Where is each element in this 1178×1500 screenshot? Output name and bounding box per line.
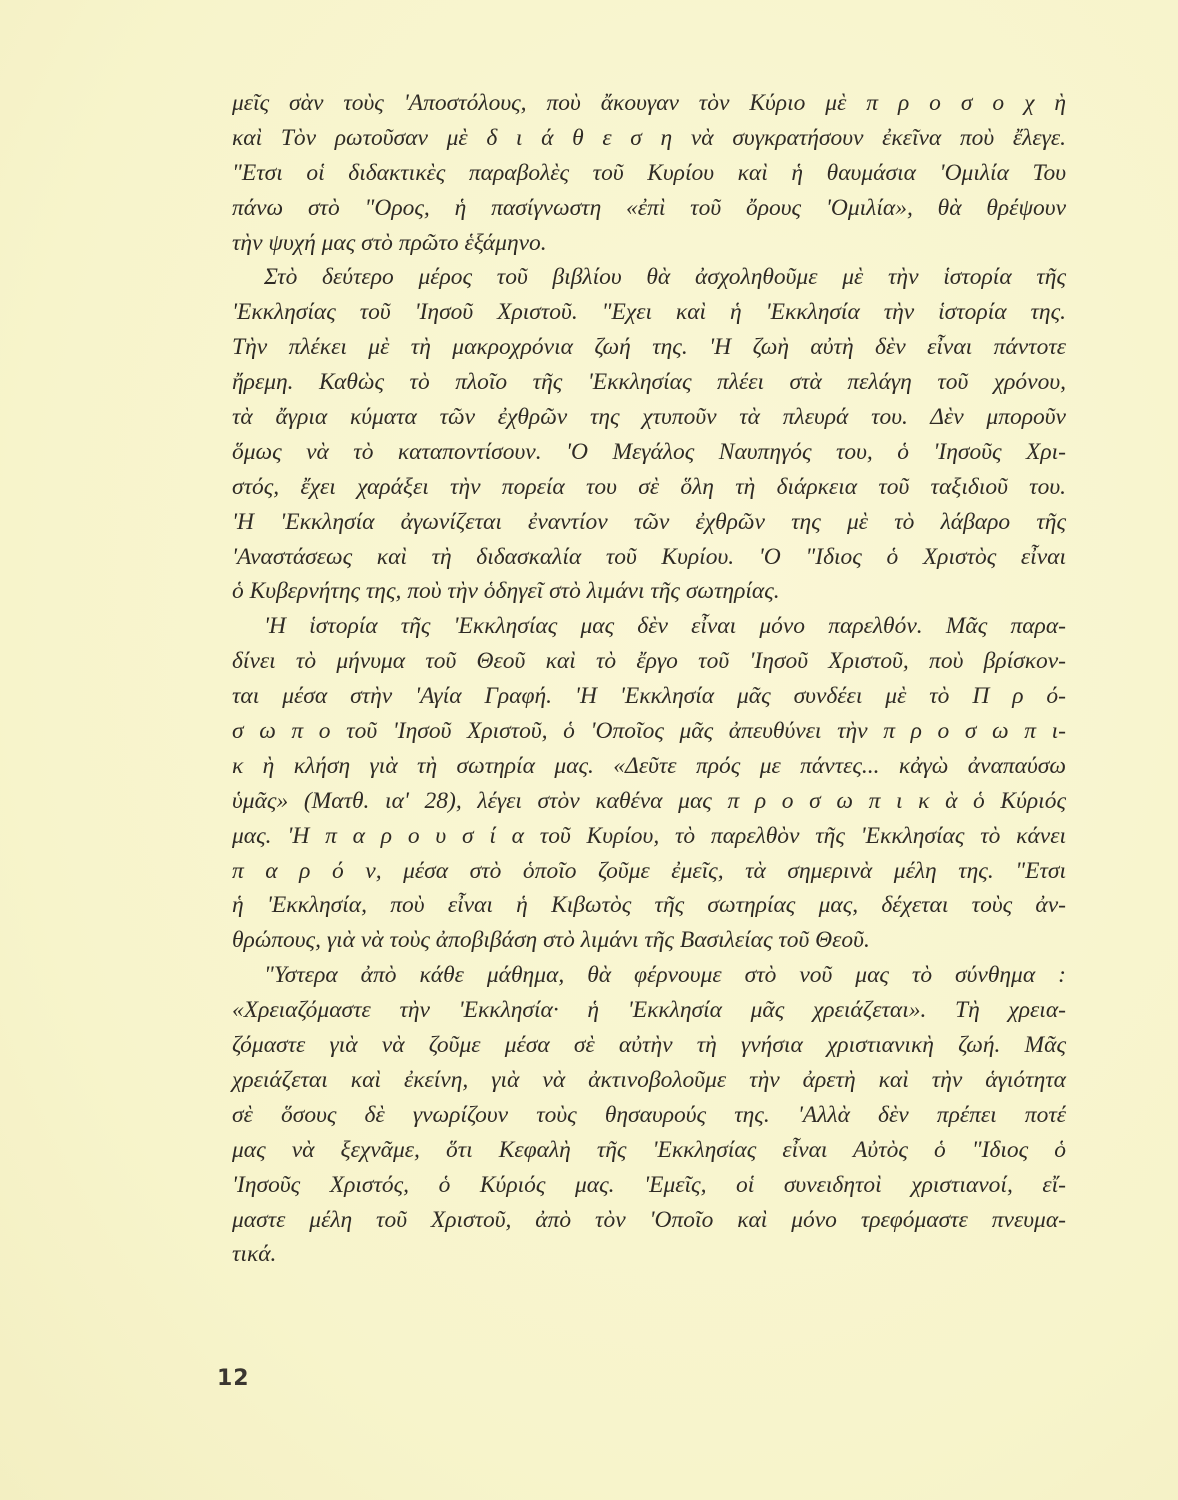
text-line: καὶ Τὸν ρωτοῦσαν μὲ δ ι ά θ ε σ η νὰ συγ… — [232, 121, 1066, 156]
text-line: 'Η ἱστορία τῆς 'Εκκλησίας μας δὲν εἶναι … — [232, 609, 1066, 644]
text-line: τὰ ἄγρια κύματα τῶν ἐχθρῶν της χτυποῦν τ… — [232, 400, 1066, 435]
text-line: ζόμαστε γιὰ νὰ ζοῦμε μέσα σὲ αὐτὴν τὴ γν… — [232, 1028, 1066, 1063]
text-line: πάνω στὸ "Ορος, ἡ πασίγνωστη «ἐπὶ τοῦ ὄρ… — [232, 191, 1066, 226]
text-line: «Χρειαζόμαστε τὴν 'Εκκλησία· ἡ 'Εκκλησία… — [232, 993, 1066, 1028]
text-line: "Ετσι οἱ διδακτικὲς παραβολὲς τοῦ Κυρίου… — [232, 156, 1066, 191]
text-line: ὑμᾶς» (Ματθ. ια' 28), λέγει στὸν καθένα … — [232, 784, 1066, 819]
book-page: μεῖς σὰν τοὺς 'Αποστόλους, ποὺ ἄκουγαν τ… — [0, 0, 1178, 1500]
paragraph: Στὸ δεύτερο μέρος τοῦ βιβλίου θὰ ἀσχοληθ… — [232, 260, 1066, 609]
text-line: θρώπους, γιὰ νὰ τοὺς ἀποβιβάση στὸ λιμάν… — [232, 923, 1066, 958]
text-line: μαστε μέλη τοῦ Χριστοῦ, ἀπὸ τὸν 'Οποῖο κ… — [232, 1203, 1066, 1238]
text-line: ἤρεμη. Καθὼς τὸ πλοῖο τῆς 'Εκκλησίας πλέ… — [232, 365, 1066, 400]
text-line: 'Ιησοῦς Χριστός, ὁ Κύριός μας. 'Εμεῖς, ο… — [232, 1168, 1066, 1203]
body-text: μεῖς σὰν τοὺς 'Αποστόλους, ποὺ ἄκουγαν τ… — [232, 86, 1066, 1272]
text-line: μας νὰ ξεχνᾶμε, ὅτι Κεφαλὴ τῆς 'Εκκλησία… — [232, 1133, 1066, 1168]
text-line: "Υστερα ἀπὸ κάθε μάθημα, θὰ φέρνουμε στὸ… — [232, 958, 1066, 993]
paragraph: 'Η ἱστορία τῆς 'Εκκλησίας μας δὲν εἶναι … — [232, 609, 1066, 958]
paragraph: μεῖς σὰν τοὺς 'Αποστόλους, ποὺ ἄκουγαν τ… — [232, 86, 1066, 260]
text-line: σὲ ὅσους δὲ γνωρίζουν τοὺς θησαυρούς της… — [232, 1098, 1066, 1133]
text-line: τικά. — [232, 1237, 1066, 1272]
text-line: στός, ἔχει χαράξει τὴν πορεία του σὲ ὅλη… — [232, 470, 1066, 505]
paragraph: "Υστερα ἀπὸ κάθε μάθημα, θὰ φέρνουμε στὸ… — [232, 958, 1066, 1272]
text-line: ται μέσα στὴν 'Αγία Γραφή. 'Η 'Εκκλησία … — [232, 679, 1066, 714]
text-line: ἡ 'Εκκλησία, ποὺ εἶναι ἡ Κιβωτὸς τῆς σωτ… — [232, 888, 1066, 923]
text-line: 'Εκκλησίας τοῦ 'Ιησοῦ Χριστοῦ. "Εχει καὶ… — [232, 295, 1066, 330]
text-line: 'Αναστάσεως καὶ τὴ διδασκαλία τοῦ Κυρίου… — [232, 540, 1066, 575]
text-line: σ ω π ο τοῦ 'Ιησοῦ Χριστοῦ, ὁ 'Οποῖος μᾶ… — [232, 714, 1066, 749]
text-line: 'Η 'Εκκλησία ἀγωνίζεται ἐναντίον τῶν ἐχθ… — [232, 505, 1066, 540]
text-line: χρειάζεται καὶ ἐκείνη, γιὰ νὰ ἀκτινοβολο… — [232, 1063, 1066, 1098]
text-line: μας. 'Η π α ρ ο υ σ ί α τοῦ Κυρίου, τὸ π… — [232, 819, 1066, 854]
text-line: Στὸ δεύτερο μέρος τοῦ βιβλίου θὰ ἀσχοληθ… — [232, 260, 1066, 295]
text-line: ὅμως νὰ τὸ καταποντίσουν. 'Ο Μεγάλος Ναυ… — [232, 435, 1066, 470]
text-line: Τὴν πλέκει μὲ τὴ μακροχρόνια ζωή της. 'Η… — [232, 330, 1066, 365]
text-line: δίνει τὸ μήνυμα τοῦ Θεοῦ καὶ τὸ ἔργο τοῦ… — [232, 644, 1066, 679]
text-line: ὁ Κυβερνήτης της, ποὺ τὴν ὁδηγεῖ στὸ λιμ… — [232, 574, 1066, 609]
text-line: π α ρ ό ν, μέσα στὸ ὁποῖο ζοῦμε ἐμεῖς, τ… — [232, 854, 1066, 889]
text-line: κ ὴ κλήση γιὰ τὴ σωτηρία μας. «Δεῦτε πρό… — [232, 749, 1066, 784]
page-number: 12 — [217, 1366, 250, 1391]
text-line: μεῖς σὰν τοὺς 'Αποστόλους, ποὺ ἄκουγαν τ… — [232, 86, 1066, 121]
text-line: τὴν ψυχή μας στὸ πρῶτο ἑξάμηνο. — [232, 226, 1066, 261]
